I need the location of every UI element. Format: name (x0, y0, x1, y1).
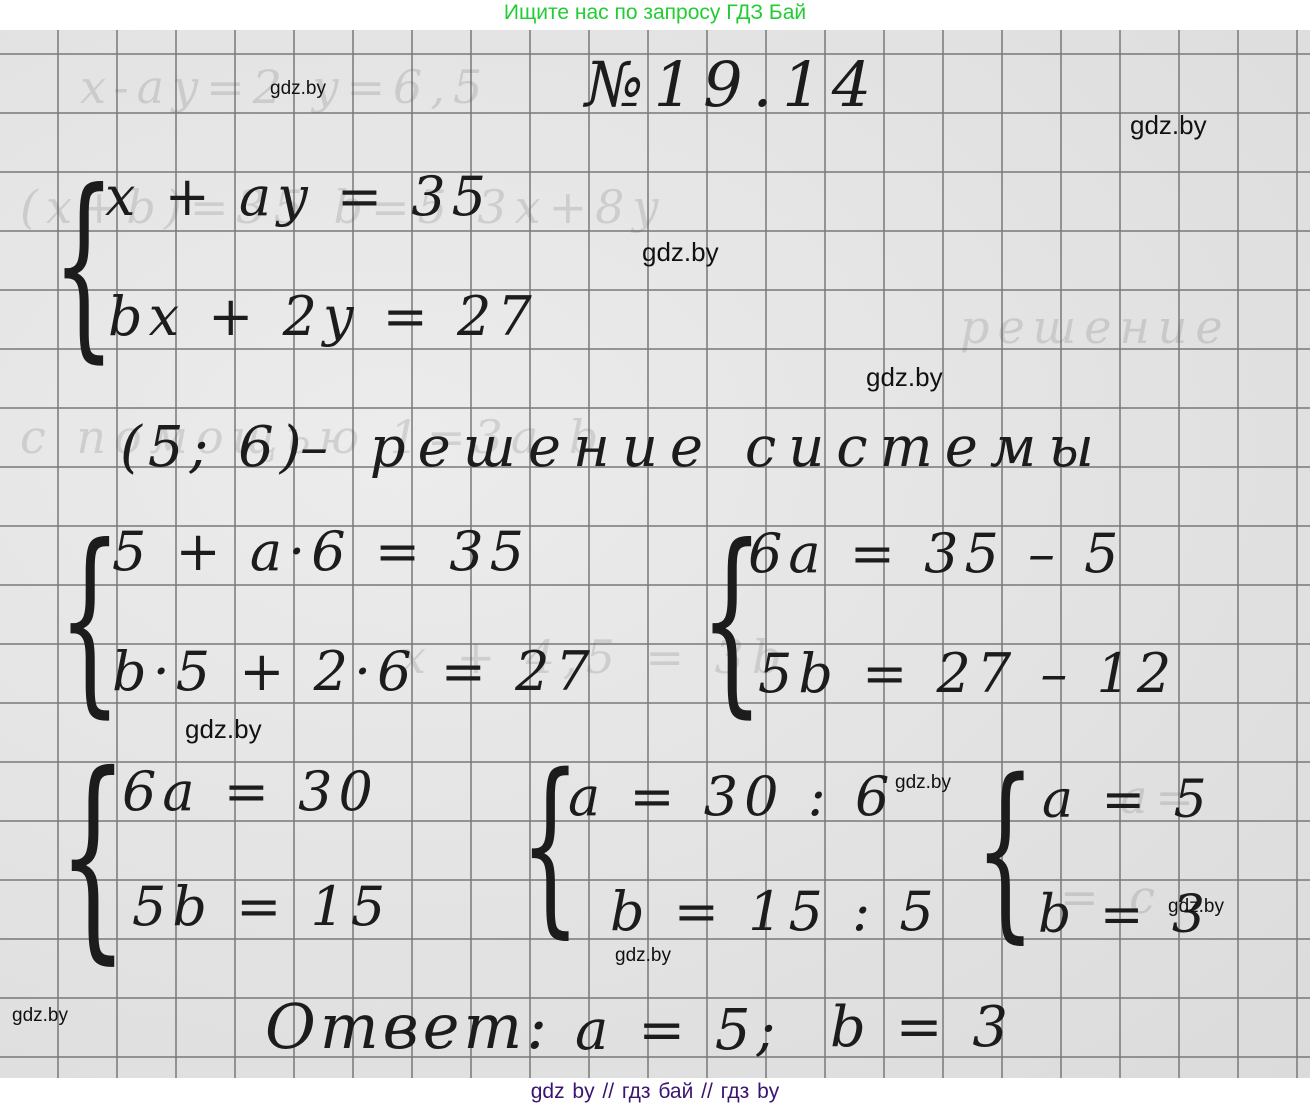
watermark: gdz.by (1130, 110, 1207, 141)
system-brace: { (975, 755, 1035, 945)
equation-substituted-2: b·5 + 2·6 = 27 (112, 640, 596, 703)
equation-division-2: b = 15 : 5 (610, 880, 940, 943)
answer-a: a = 5; (575, 998, 781, 1063)
watermark: gdz.by (185, 714, 262, 745)
answer-b: b = 3 (830, 995, 1014, 1060)
solution-statement: – решение системы (300, 415, 1106, 480)
watermark: gdz.by (270, 78, 326, 100)
watermark: gdz.by (642, 237, 719, 268)
system-brace: { (58, 745, 128, 965)
equation-substituted-1: 5 + a·6 = 35 (112, 520, 530, 583)
equation-original-1: x + ay = 35 (105, 165, 492, 228)
equation-rearranged-1: 6a = 35 – 5 (748, 522, 1125, 585)
equation-simplified-1: 6a = 30 (122, 760, 379, 823)
equation-result-1: a = 5 (1042, 770, 1213, 830)
problem-number: №19.14 (585, 48, 881, 121)
watermark: gdz.by (1168, 896, 1224, 918)
watermark: gdz.by (866, 362, 943, 393)
top-banner[interactable]: Ищите нас по запросу ГДЗ Бай (0, 0, 1310, 30)
equation-simplified-2: 5b = 15 (132, 875, 391, 938)
equation-division-1: a = 30 : 6 (568, 765, 895, 828)
watermark: gdz.by (895, 772, 951, 794)
equation-rearranged-2: 5b = 27 – 12 (758, 642, 1177, 705)
notebook-page: x-ay=2 y=6,5 (x+b)=35 b=5 3x+8y решение … (0, 30, 1310, 1078)
bleed-through-text: решение (960, 300, 1231, 354)
equation-original-2: bx + 2y = 27 (108, 285, 538, 348)
watermark: gdz.by (615, 945, 671, 967)
answer-label: Ответ: (265, 990, 551, 1063)
bottom-banner[interactable]: gdz by // гдз бай // гдз by (0, 1078, 1310, 1108)
watermark: gdz.by (12, 1005, 68, 1027)
solution-point: (5; 6) (120, 415, 308, 480)
